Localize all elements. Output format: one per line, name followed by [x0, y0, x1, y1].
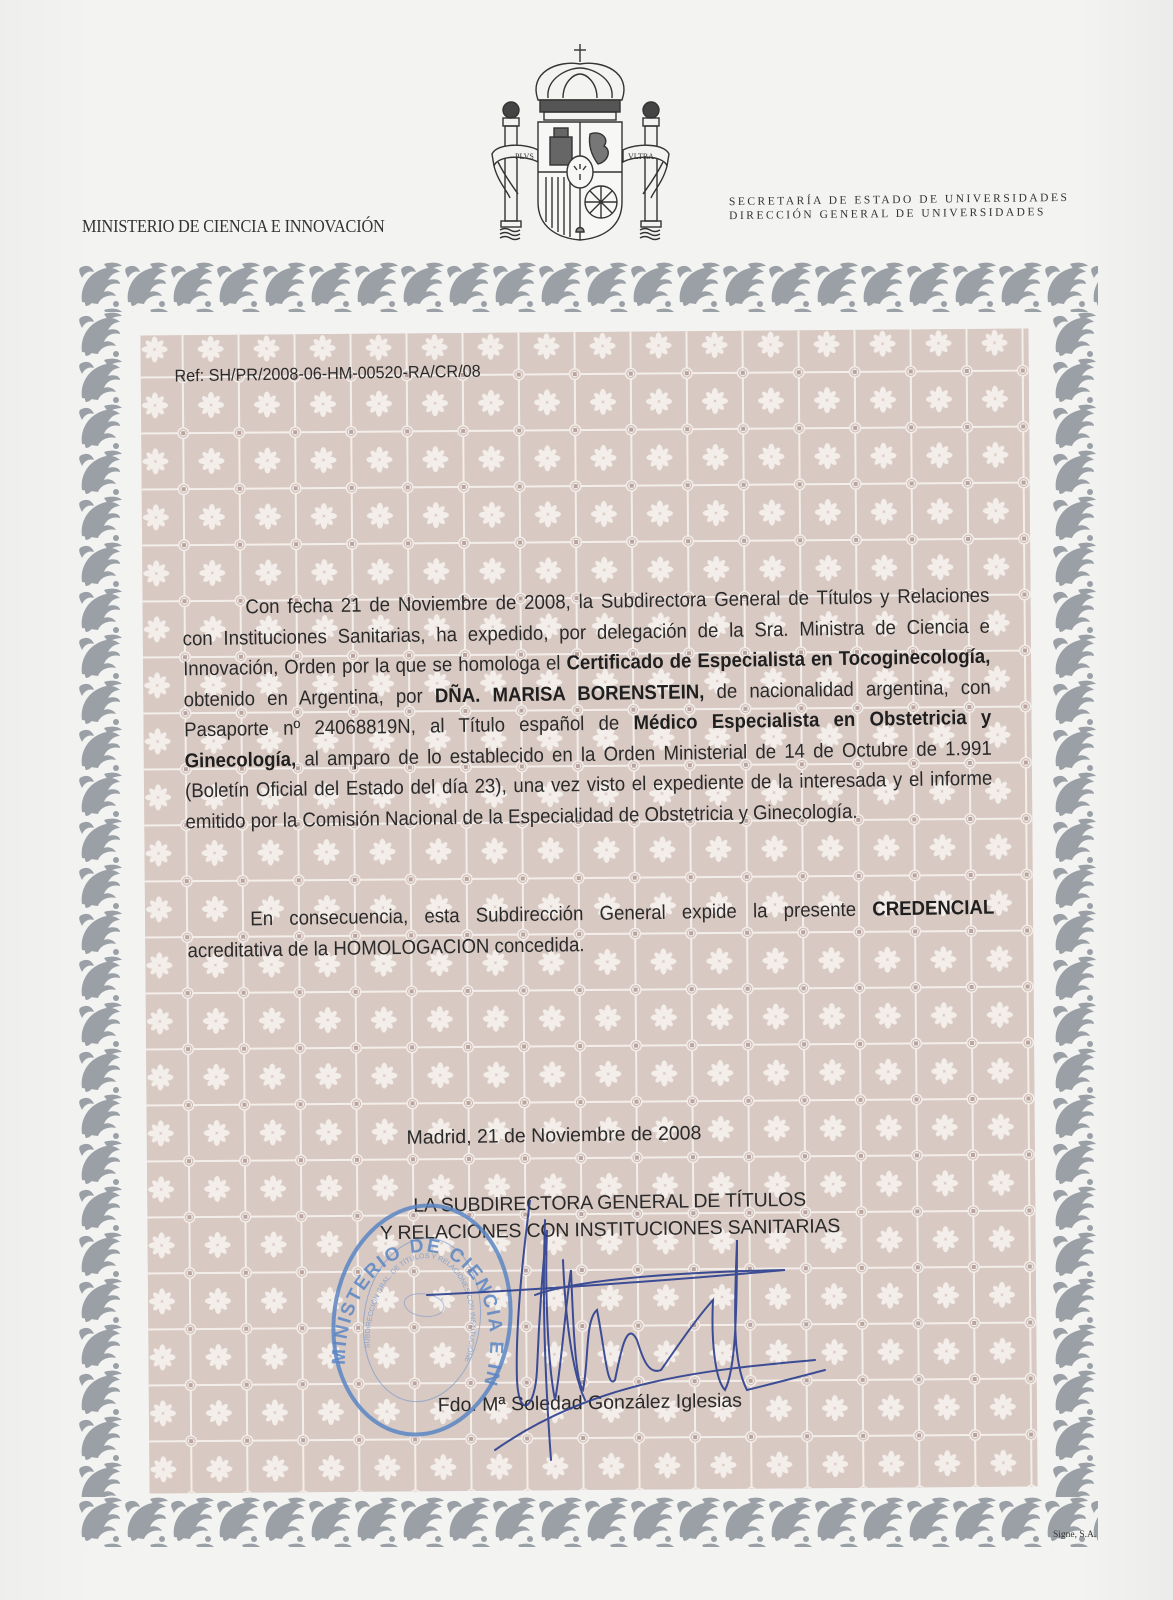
text-segment: obtenido en Argentina, por: [183, 685, 435, 711]
spanish-coat-of-arms-icon: PLVS VLTRA: [488, 42, 673, 242]
handwritten-signature: [375, 1200, 855, 1470]
credential-word: CREDENCIAL: [872, 897, 994, 921]
border-left: [78, 312, 124, 1497]
certificate-body: Con fecha 21 de Noviembre de 2008, la Su…: [182, 581, 995, 967]
secretaria-line-2: DIRECCIÓN GENERAL DE UNIVERSIDADES: [729, 205, 1070, 223]
paragraph-credential: En consecuencia, esta Subdirección Gener…: [187, 893, 995, 967]
reference-number: Ref: SH/PR/2008-06-HM-00520-RA/CR/08: [174, 362, 480, 387]
text-segment: En consecuencia, esta Subdirección Gener…: [250, 899, 872, 931]
holder-name: DÑA. MARISA BORENSTEIN,: [435, 681, 705, 707]
printer-imprint: Signe, S.A.: [1053, 1530, 1096, 1540]
text-segment: al amparo de lo establecido en la Orden …: [185, 737, 992, 833]
paragraph-homologation: Con fecha 21 de Noviembre de 2008, la Su…: [182, 581, 993, 838]
place-and-date: Madrid, 21 de Noviembre de 2008: [406, 1122, 701, 1150]
ministry-name: MINISTERIO DE CIENCIA E INNOVACIÓN: [82, 216, 385, 237]
border-bottom: [78, 1497, 1098, 1547]
motto-right: VLTRA: [628, 152, 654, 161]
border-top: [78, 262, 1098, 312]
text-segment: acreditativa de la HOMOLOGACION concedid…: [187, 934, 584, 962]
motto-left: PLVS: [515, 152, 534, 161]
foreign-title: Certificado de Especialista en Tocoginec…: [566, 646, 990, 675]
secretaria-heading: SECRETARÍA DE ESTADO DE UNIVERSIDADES DI…: [729, 191, 1070, 223]
border-right: [1052, 312, 1098, 1497]
